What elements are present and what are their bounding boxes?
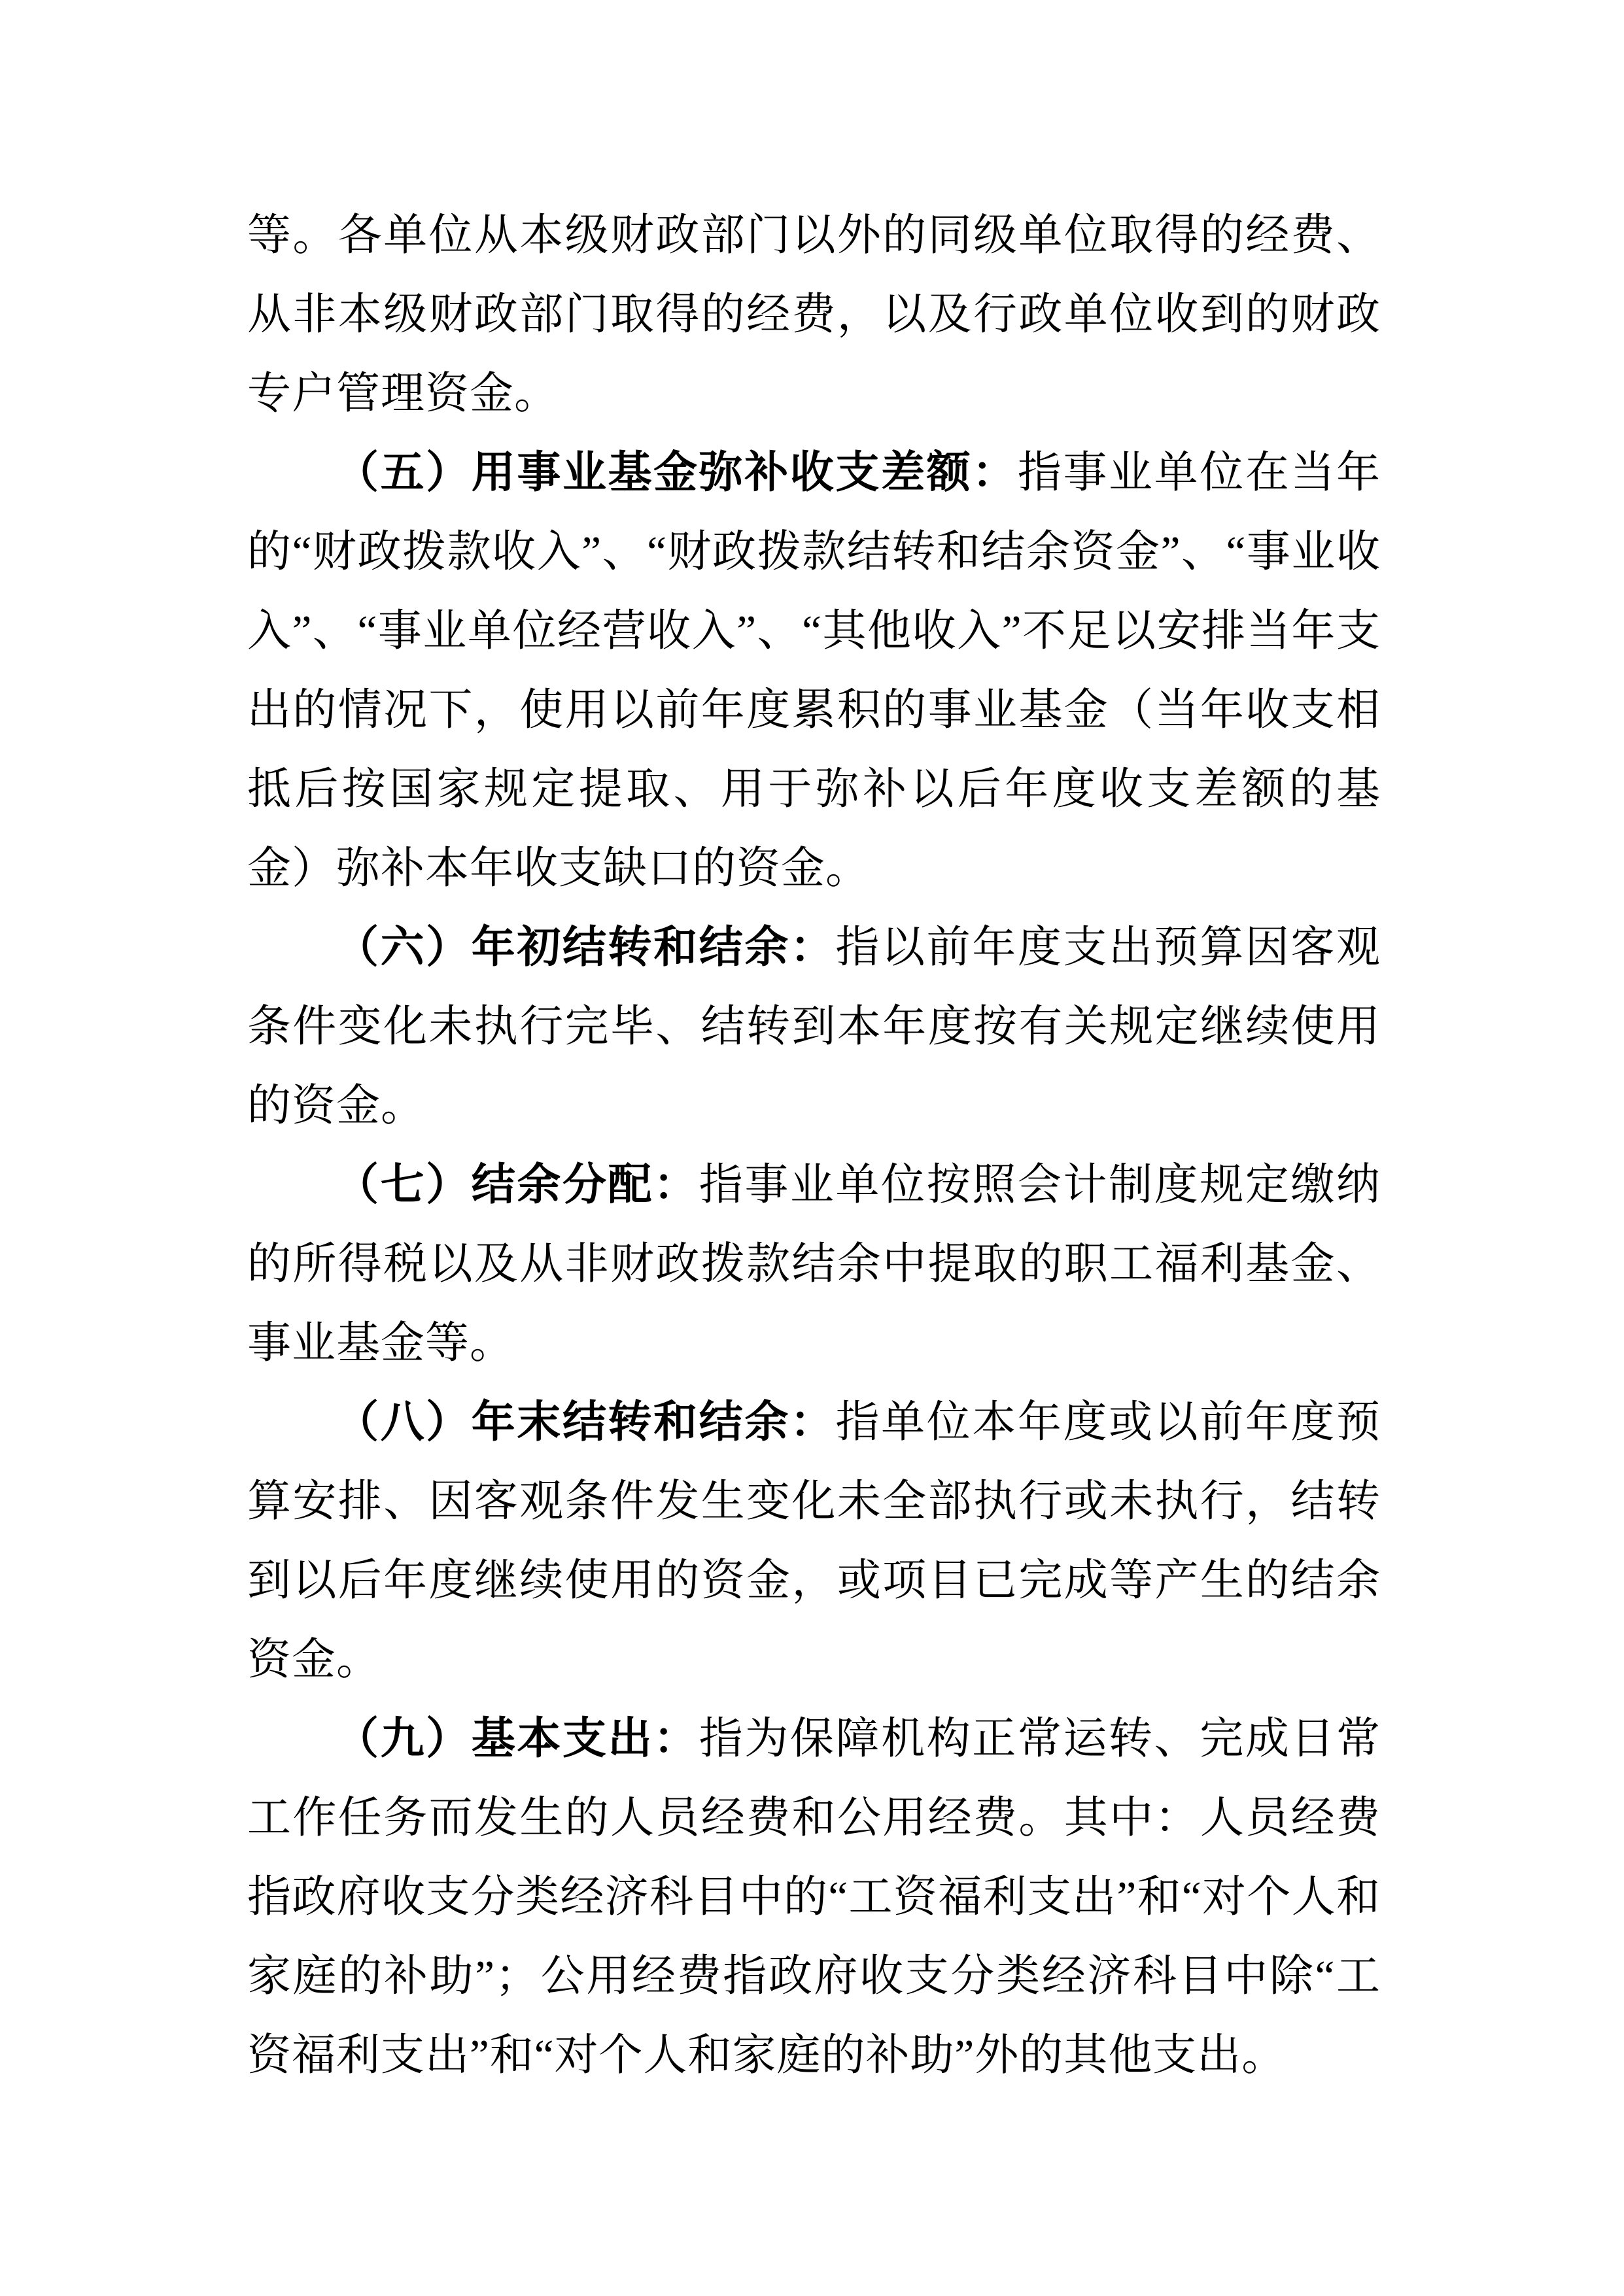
paragraph-item-6: （六）年初结转和结余：指以前年度支出预算因客观条件变化未执行完毕、结转到本年度按… [247,908,1381,1146]
document-body: 等。各单位从本级财政部门以外的同级单位取得的经费、从非本级财政部门取得的经费，以… [247,196,1381,2095]
paragraph-text: 等。各单位从本级财政部门以外的同级单位取得的经费、从非本级财政部门取得的经费，以… [247,211,1381,418]
paragraph-lead: （七）结余分配： [335,1161,699,1209]
paragraph-text: 指事业单位在当年的“财政拨款收入”、“财政拨款结转和结余资金”、“事业收入”、“… [247,449,1381,893]
paragraph-item-5: （五）用事业基金弥补收支差额：指事业单位在当年的“财政拨款收入”、“财政拨款结转… [247,434,1381,908]
paragraph-lead: （九）基本支出： [335,1715,699,1763]
paragraph-text: 指为保障机构正常运转、完成日常工作任务而发生的人员经费和公用经费。其中：人员经费… [247,1715,1381,2080]
paragraph-lead: （六）年初结转和结余： [335,923,836,972]
paragraph-lead: （八）年末结转和结余： [335,1398,836,1447]
paragraph-item-7: （七）结余分配：指事业单位按照会计制度规定缴纳的所得税以及从非财政拨款结余中提取… [247,1146,1381,1383]
paragraph-lead: （五）用事业基金弥补收支差额： [335,449,1018,497]
document-page: 等。各单位从本级财政部门以外的同级单位取得的经费、从非本级财政部门取得的经费，以… [0,0,1624,2296]
paragraph-continuation: 等。各单位从本级财政部门以外的同级单位取得的经费、从非本级财政部门取得的经费，以… [247,196,1381,434]
paragraph-item-8: （八）年末结转和结余：指单位本年度或以前年度预算安排、因客观条件发生变化未全部执… [247,1383,1381,1700]
paragraph-item-9: （九）基本支出：指为保障机构正常运转、完成日常工作任务而发生的人员经费和公用经费… [247,1700,1381,2095]
